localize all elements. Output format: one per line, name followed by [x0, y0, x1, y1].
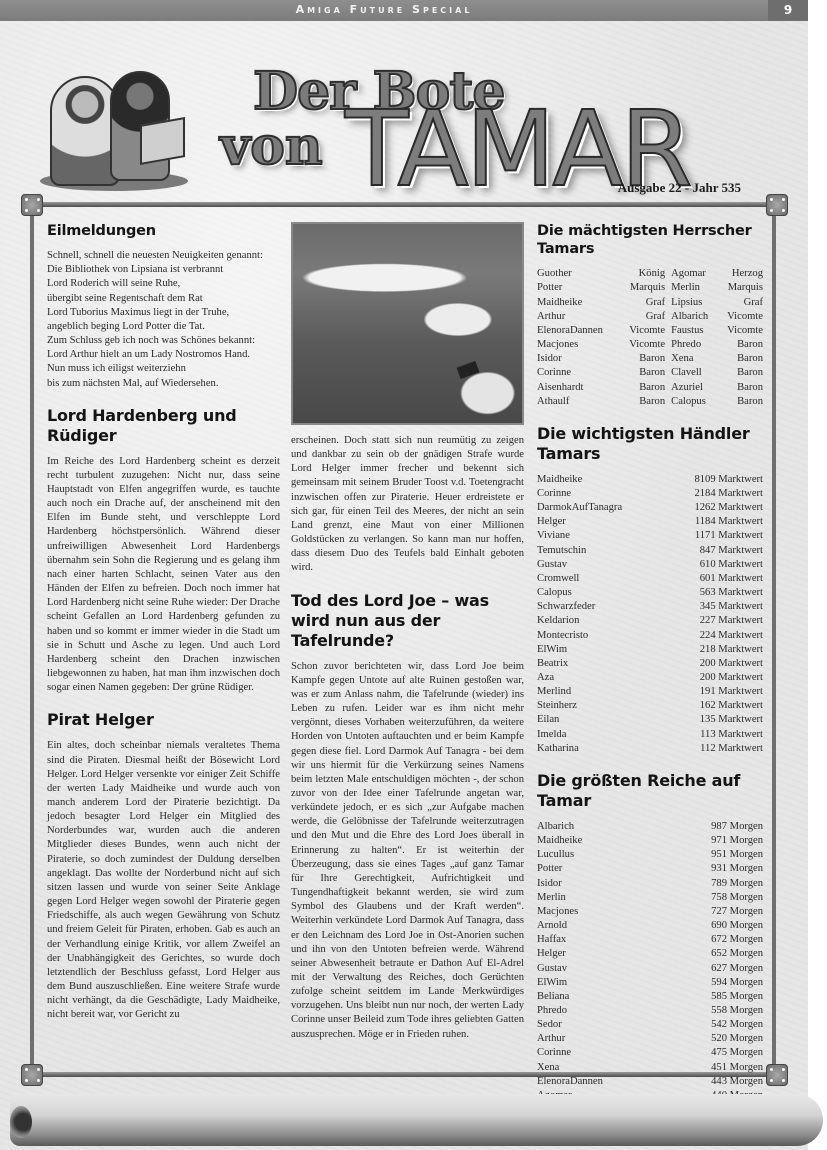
ruler-name: Macjones: [537, 338, 620, 352]
realm-size: 558 Morgen: [663, 1004, 763, 1018]
realm-size: 951 Morgen: [663, 848, 763, 862]
market-value: 1262 Marktwert: [662, 501, 763, 515]
market-value: 224 Marktwert: [662, 629, 763, 643]
ruler-name: Aisenhardt: [537, 381, 620, 395]
ranking-heading: Die größten Reiche auf Tamar: [537, 771, 763, 811]
ruler-title: Graf: [718, 296, 763, 310]
realm-size: 758 Morgen: [663, 891, 763, 905]
table-row: Corinne475 Morgen: [537, 1046, 763, 1060]
ruler-name: Corinne: [537, 366, 620, 380]
poem-body: Schnell, schnell die neuesten Neuigkeite…: [47, 249, 280, 391]
traders-table: Maidheike8109 MarktwertCorinne2184 Markt…: [537, 473, 763, 756]
ruler-name: Guother: [537, 267, 620, 281]
market-value: 847 Marktwert: [662, 544, 763, 558]
table-row: ElenoraDannenVicomteFaustusVicomte: [537, 324, 763, 338]
trader-name: Aza: [537, 671, 662, 685]
ruler-name: Phredo: [671, 338, 718, 352]
realm-owner: Potter: [537, 862, 663, 876]
corner-ornament-icon: [21, 1064, 43, 1086]
trader-name: Imelda: [537, 728, 662, 742]
table-row: Maidheike971 Morgen: [537, 834, 763, 848]
ruler-name: Azuriel: [671, 381, 718, 395]
table-row: Lucullus951 Morgen: [537, 848, 763, 862]
ruler-title: Baron: [718, 338, 763, 352]
ruler-title: Marquis: [718, 281, 763, 295]
ruler-title: Baron: [620, 352, 665, 366]
trader-name: Eilan: [537, 713, 662, 727]
magazine-title: Amiga Future Special: [0, 3, 768, 16]
ruler-name: Arthur: [537, 310, 620, 324]
table-row: Potter931 Morgen: [537, 862, 763, 876]
table-row: Helger1184 Marktwert: [537, 515, 763, 529]
realm-size: 652 Morgen: [663, 947, 763, 961]
ruler-name: Potter: [537, 281, 620, 295]
table-row: MacjonesVicomtePhredoBaron: [537, 338, 763, 352]
table-row: Keldarion227 Marktwert: [537, 614, 763, 628]
realm-size: 727 Morgen: [663, 905, 763, 919]
article-heading: Eilmeldungen: [47, 222, 280, 240]
article-body: Ein altes, doch scheinbar niemals veralt…: [47, 739, 280, 1022]
table-row: Helger652 Morgen: [537, 947, 763, 961]
realm-size: 987 Morgen: [663, 820, 763, 834]
ruler-title: Baron: [718, 395, 763, 409]
realm-size: 789 Morgen: [663, 877, 763, 891]
trader-name: Calopus: [537, 586, 662, 600]
article-body: Schon zuvor berichteten wir, dass Lord J…: [291, 660, 524, 1042]
realm-size: 520 Morgen: [663, 1032, 763, 1046]
corner-ornament-icon: [21, 194, 43, 216]
ranking-heading: Die wichtigsten Händler Tamars: [537, 424, 763, 464]
table-row: Sedor542 Morgen: [537, 1018, 763, 1032]
ranking-heading: Die mächtigsten Herrscher Tamars: [537, 222, 763, 258]
trader-name: Maidheike: [537, 473, 662, 487]
realm-owner: Lucullus: [537, 848, 663, 862]
ruler-name: Merlin: [671, 281, 718, 295]
trader-name: Merlind: [537, 685, 662, 699]
ruler-name: ElenoraDannen: [537, 324, 620, 338]
realm-size: 542 Morgen: [663, 1018, 763, 1032]
market-value: 200 Marktwert: [662, 671, 763, 685]
article-body: Im Reiche des Lord Hardenberg scheint es…: [47, 455, 280, 696]
ruler-name: Albarich: [671, 310, 718, 324]
table-row: Isidor789 Morgen: [537, 877, 763, 891]
realm-size: 971 Morgen: [663, 834, 763, 848]
trader-name: Corinne: [537, 487, 662, 501]
trader-name: ElWim: [537, 643, 662, 657]
ruler-title: Baron: [718, 381, 763, 395]
page-number: 9: [768, 0, 808, 21]
realm-owner: Haffax: [537, 933, 663, 947]
table-row: Montecristo224 Marktwert: [537, 629, 763, 643]
realm-owner: Maidheike: [537, 834, 663, 848]
ruler-title: Baron: [718, 352, 763, 366]
ruler-title: Vicomte: [620, 324, 665, 338]
table-row: Beliana585 Morgen: [537, 990, 763, 1004]
table-row: Albarich987 Morgen: [537, 820, 763, 834]
corner-ornament-icon: [766, 194, 788, 216]
game-screenshot-image: [291, 222, 524, 425]
parchment-scroll-roll: [10, 1094, 823, 1146]
frame-rod-top: [30, 202, 780, 207]
realm-owner: Arthur: [537, 1032, 663, 1046]
article-heading: Tod des Lord Joe – was wird nun aus der …: [291, 591, 524, 651]
article-hardenberg: Lord Hardenberg und Rüdiger Im Reiche de…: [47, 406, 280, 696]
market-value: 601 Marktwert: [662, 572, 763, 586]
realm-owner: Sedor: [537, 1018, 663, 1032]
trader-name: Keldarion: [537, 614, 662, 628]
trader-name: Temutschin: [537, 544, 662, 558]
market-value: 200 Marktwert: [662, 657, 763, 671]
realm-owner: Arnold: [537, 919, 663, 933]
market-value: 162 Marktwert: [662, 699, 763, 713]
table-row: Steinherz162 Marktwert: [537, 699, 763, 713]
masthead: Der Bote von TAMAR: [0, 21, 808, 196]
rulers-ranking: Die mächtigsten Herrscher Tamars Guother…: [537, 222, 763, 409]
ruler-name: Agomar: [671, 267, 718, 281]
realm-owner: ElenoraDannen: [537, 1075, 663, 1089]
table-row: Aza200 Marktwert: [537, 671, 763, 685]
ruler-title: Vicomte: [718, 310, 763, 324]
ruler-title: Graf: [620, 296, 665, 310]
market-value: 1171 Marktwert: [662, 529, 763, 543]
realm-size: 627 Morgen: [663, 962, 763, 976]
trader-name: Beatrix: [537, 657, 662, 671]
realm-size: 451 Morgen: [663, 1061, 763, 1075]
realm-owner: Merlin: [537, 891, 663, 905]
issue-info: Ausgabe 22 - Jahr 535: [618, 180, 741, 196]
market-value: 563 Marktwert: [662, 586, 763, 600]
realm-owner: ElWim: [537, 976, 663, 990]
market-value: 610 Marktwert: [662, 558, 763, 572]
table-row: Gustav610 Marktwert: [537, 558, 763, 572]
article-eilmeldungen: Eilmeldungen Schnell, schnell die neuest…: [47, 222, 280, 391]
ruler-title: Baron: [620, 395, 665, 409]
ruler-title: Baron: [620, 366, 665, 380]
market-value: 113 Marktwert: [662, 728, 763, 742]
ruler-name: Lipsius: [671, 296, 718, 310]
table-row: ElWim218 Marktwert: [537, 643, 763, 657]
realms-table: Albarich987 MorgenMaidheike971 MorgenLuc…: [537, 820, 763, 1103]
article-lord-joe: Tod des Lord Joe – was wird nun aus der …: [291, 591, 524, 1042]
scholars-illustration-icon: [40, 61, 188, 191]
column-middle: erscheinen. Doch statt sich nun reumütig…: [291, 222, 524, 1057]
table-row: Katharina112 Marktwert: [537, 742, 763, 756]
table-row: Xena451 Morgen: [537, 1061, 763, 1075]
table-row: Haffax672 Morgen: [537, 933, 763, 947]
realm-size: 690 Morgen: [663, 919, 763, 933]
realm-owner: Albarich: [537, 820, 663, 834]
trader-name: Viviane: [537, 529, 662, 543]
ruler-title: Herzog: [718, 267, 763, 281]
table-row: Gustav627 Morgen: [537, 962, 763, 976]
trader-name: Steinherz: [537, 699, 662, 713]
realm-size: 672 Morgen: [663, 933, 763, 947]
market-value: 8109 Marktwert: [662, 473, 763, 487]
realms-ranking: Die größten Reiche auf Tamar Albarich987…: [537, 771, 763, 1103]
table-row: Imelda113 Marktwert: [537, 728, 763, 742]
trader-name: Helger: [537, 515, 662, 529]
traders-ranking: Die wichtigsten Händler Tamars Maidheike…: [537, 424, 763, 756]
trader-name: Katharina: [537, 742, 662, 756]
table-row: Calopus563 Marktwert: [537, 586, 763, 600]
table-row: GuotherKönigAgomarHerzog: [537, 267, 763, 281]
table-row: ArthurGrafAlbarichVicomte: [537, 310, 763, 324]
realm-size: 475 Morgen: [663, 1046, 763, 1060]
corner-ornament-icon: [766, 1064, 788, 1086]
ruler-name: Isidor: [537, 352, 620, 366]
table-row: AthaulfBaronCalopusBaron: [537, 395, 763, 409]
realm-owner: Gustav: [537, 962, 663, 976]
trader-name: Montecristo: [537, 629, 662, 643]
realm-owner: Beliana: [537, 990, 663, 1004]
ruler-title: König: [620, 267, 665, 281]
ruler-title: Baron: [718, 366, 763, 380]
ruler-name: Faustus: [671, 324, 718, 338]
table-row: AisenhardtBaronAzurielBaron: [537, 381, 763, 395]
logo-von: von: [220, 116, 323, 177]
market-value: 191 Marktwert: [662, 685, 763, 699]
table-row: Cromwell601 Marktwert: [537, 572, 763, 586]
trader-name: DarmokAufTanagra: [537, 501, 662, 515]
trader-name: Schwarzfeder: [537, 600, 662, 614]
realm-owner: Xena: [537, 1061, 663, 1075]
article-heading: Lord Hardenberg und Rüdiger: [47, 406, 280, 446]
rulers-table: GuotherKönigAgomarHerzogPotterMarquisMer…: [537, 267, 763, 409]
realm-size: 585 Morgen: [663, 990, 763, 1004]
table-row: CorinneBaronClavellBaron: [537, 366, 763, 380]
table-row: Phredo558 Morgen: [537, 1004, 763, 1018]
table-row: Arnold690 Morgen: [537, 919, 763, 933]
column-left: Eilmeldungen Schnell, schnell die neuest…: [47, 222, 280, 1037]
article-heading: Pirat Helger: [47, 710, 280, 730]
realm-owner: Helger: [537, 947, 663, 961]
table-row: Maidheike8109 Marktwert: [537, 473, 763, 487]
table-row: Arthur520 Morgen: [537, 1032, 763, 1046]
realm-owner: Corinne: [537, 1046, 663, 1060]
ruler-name: Clavell: [671, 366, 718, 380]
realm-owner: Phredo: [537, 1004, 663, 1018]
table-row: Eilan135 Marktwert: [537, 713, 763, 727]
market-value: 227 Marktwert: [662, 614, 763, 628]
article-body: erscheinen. Doch statt sich nun reumütig…: [291, 434, 524, 576]
realm-size: 931 Morgen: [663, 862, 763, 876]
scroll-curl-icon: [10, 1106, 32, 1138]
market-value: 218 Marktwert: [662, 643, 763, 657]
table-row: MaidheikeGrafLipsiusGraf: [537, 296, 763, 310]
realm-owner: Isidor: [537, 877, 663, 891]
market-value: 1184 Marktwert: [662, 515, 763, 529]
table-row: ElenoraDannen443 Morgen: [537, 1075, 763, 1089]
table-row: ElWim594 Morgen: [537, 976, 763, 990]
table-row: Merlind191 Marktwert: [537, 685, 763, 699]
table-row: PotterMarquisMerlinMarquis: [537, 281, 763, 295]
realm-size: 443 Morgen: [663, 1075, 763, 1089]
magazine-header-bar: Amiga Future Special 9: [0, 0, 808, 21]
table-row: Schwarzfeder345 Marktwert: [537, 600, 763, 614]
ruler-name: Maidheike: [537, 296, 620, 310]
ruler-title: Marquis: [620, 281, 665, 295]
ruler-name: Athaulf: [537, 395, 620, 409]
article-pirat-helger: Pirat Helger Ein altes, doch scheinbar n…: [47, 710, 280, 1022]
ruler-name: Xena: [671, 352, 718, 366]
table-row: Viviane1171 Marktwert: [537, 529, 763, 543]
table-row: DarmokAufTanagra1262 Marktwert: [537, 501, 763, 515]
article-helger-continued: erscheinen. Doch statt sich nun reumütig…: [291, 434, 524, 576]
table-row: Beatrix200 Marktwert: [537, 657, 763, 671]
column-right: Die mächtigsten Herrscher Tamars Guother…: [537, 222, 763, 1123]
table-row: Temutschin847 Marktwert: [537, 544, 763, 558]
table-row: Corinne2184 Marktwert: [537, 487, 763, 501]
ruler-name: Calopus: [671, 395, 718, 409]
market-value: 112 Marktwert: [662, 742, 763, 756]
trader-name: Gustav: [537, 558, 662, 572]
ruler-title: Graf: [620, 310, 665, 324]
realm-size: 594 Morgen: [663, 976, 763, 990]
ruler-title: Vicomte: [620, 338, 665, 352]
table-row: Macjones727 Morgen: [537, 905, 763, 919]
market-value: 345 Marktwert: [662, 600, 763, 614]
realm-owner: Macjones: [537, 905, 663, 919]
table-row: Merlin758 Morgen: [537, 891, 763, 905]
market-value: 2184 Marktwert: [662, 487, 763, 501]
ruler-title: Baron: [620, 381, 665, 395]
table-row: IsidorBaronXenaBaron: [537, 352, 763, 366]
ruler-title: Vicomte: [718, 324, 763, 338]
trader-name: Cromwell: [537, 572, 662, 586]
market-value: 135 Marktwert: [662, 713, 763, 727]
